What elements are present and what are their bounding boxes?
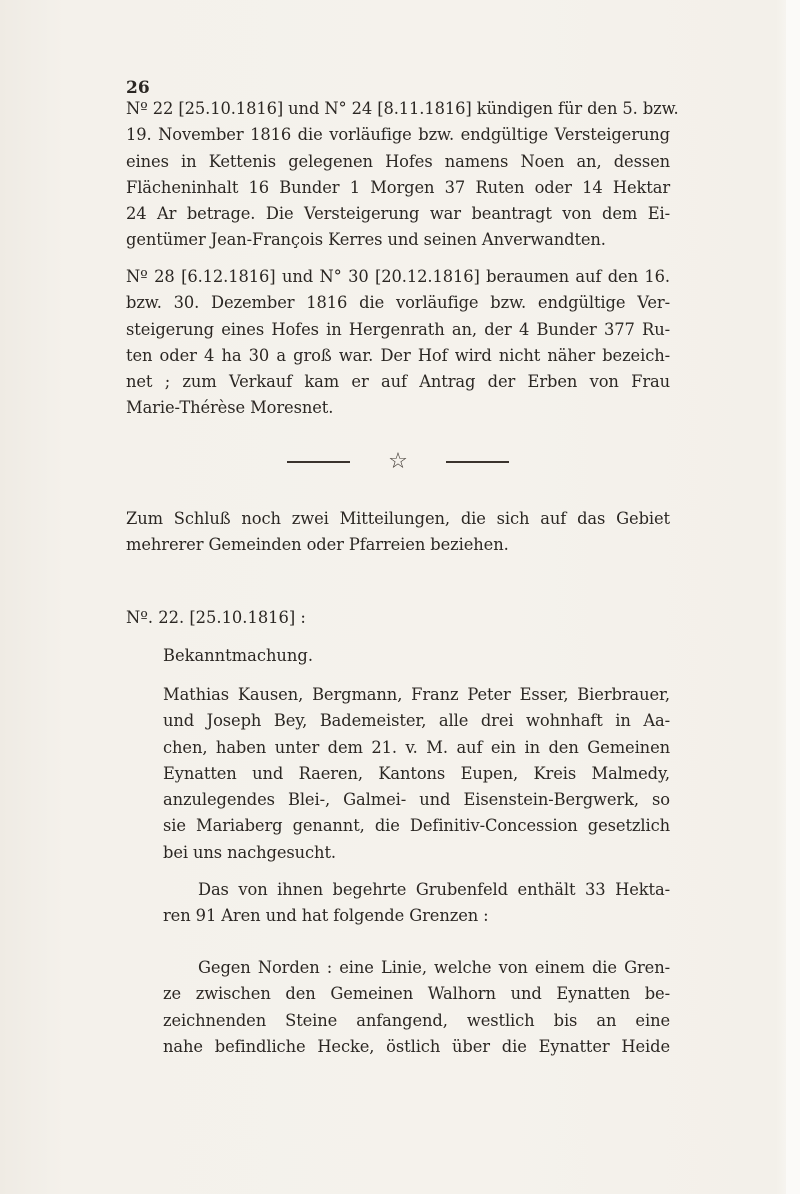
text-line: ten oder 4 ha 30 a groß war. Der Hof wir… bbox=[126, 343, 670, 369]
paragraph-grubenfeld: Das von ihnen begehrte Grubenfeld enthäl… bbox=[163, 877, 670, 930]
text-line: mehrerer Gemeinden oder Pfarreien bezieh… bbox=[126, 532, 670, 558]
star-icon: ☆ bbox=[386, 450, 410, 474]
text-line: bei uns nachgesucht. bbox=[163, 840, 670, 866]
text-line: Gegen Norden : eine Linie, welche von ei… bbox=[163, 955, 670, 981]
text-line: 19. November 1816 die vorläufige bzw. en… bbox=[126, 122, 670, 148]
text-line: gentümer Jean-François Kerres und seinen… bbox=[126, 227, 670, 253]
paragraph-hergenrath: Nº 28 [6.12.1816] und N° 30 [20.12.1816]… bbox=[126, 264, 670, 422]
text-line: Mathias Kausen, Bergmann, Franz Peter Es… bbox=[163, 682, 670, 708]
text-line: und Joseph Bey, Bademeister, alle drei w… bbox=[163, 708, 670, 734]
text-line: ren 91 Aren und hat folgende Grenzen : bbox=[163, 903, 670, 929]
text-line: Eynatten und Raeren, Kantons Eupen, Krei… bbox=[163, 761, 670, 787]
text-line: net ; zum Verkauf kam er auf Antrag der … bbox=[126, 369, 670, 395]
text-line: eines in Kettenis gelegenen Hofes namens… bbox=[126, 149, 670, 175]
text-line: bzw. 30. Dezember 1816 die vorläufige bz… bbox=[126, 290, 670, 316]
text-line: Das von ihnen begehrte Grubenfeld enthäl… bbox=[163, 877, 670, 903]
text-line: zeichnenden Steine anfangend, westlich b… bbox=[163, 1008, 670, 1034]
text-line: chen, haben unter dem 21. v. M. auf ein … bbox=[163, 735, 670, 761]
notice-reference: Nº. 22. [25.10.1816] : bbox=[126, 605, 306, 631]
scanned-page: 26 Nº 22 [25.10.1816] und N° 24 [8.11.18… bbox=[0, 0, 800, 1194]
text-line: 24 Ar betrage. Die Versteigerung war bea… bbox=[126, 201, 670, 227]
text-line: Flächeninhalt 16 Bunder 1 Morgen 37 Rute… bbox=[126, 175, 670, 201]
text-line: Nº 22 [25.10.1816] und N° 24 [8.11.1816]… bbox=[126, 96, 670, 122]
paragraph-kettenis: Nº 22 [25.10.1816] und N° 24 [8.11.1816]… bbox=[126, 96, 670, 254]
paragraph-boundaries-north: Gegen Norden : eine Linie, welche von ei… bbox=[163, 955, 670, 1060]
notice-title: Bekanntmachung. bbox=[163, 643, 313, 669]
text-line: Zum Schluß noch zwei Mitteilungen, die s… bbox=[126, 506, 670, 532]
paragraph-conclusion: Zum Schluß noch zwei Mitteilungen, die s… bbox=[126, 506, 670, 559]
text-line: anzulegendes Blei-, Galmei- und Eisenste… bbox=[163, 787, 670, 813]
separator-rule-right bbox=[446, 461, 509, 463]
page-edge bbox=[786, 0, 800, 1194]
text-line: steigerung eines Hofes in Hergenrath an,… bbox=[126, 317, 670, 343]
section-separator: ☆ bbox=[280, 450, 520, 474]
paragraph-concession: Mathias Kausen, Bergmann, Franz Peter Es… bbox=[163, 682, 670, 866]
text-line: sie Mariaberg genannt, die Definitiv-Con… bbox=[163, 813, 670, 839]
text-line: Nº 28 [6.12.1816] und N° 30 [20.12.1816]… bbox=[126, 264, 670, 290]
text-line: ze zwischen den Gemeinen Walhorn und Eyn… bbox=[163, 981, 670, 1007]
separator-rule-left bbox=[287, 461, 350, 463]
text-line: nahe befindliche Hecke, östlich über die… bbox=[163, 1034, 670, 1060]
text-line: Marie-Thérèse Moresnet. bbox=[126, 395, 670, 421]
